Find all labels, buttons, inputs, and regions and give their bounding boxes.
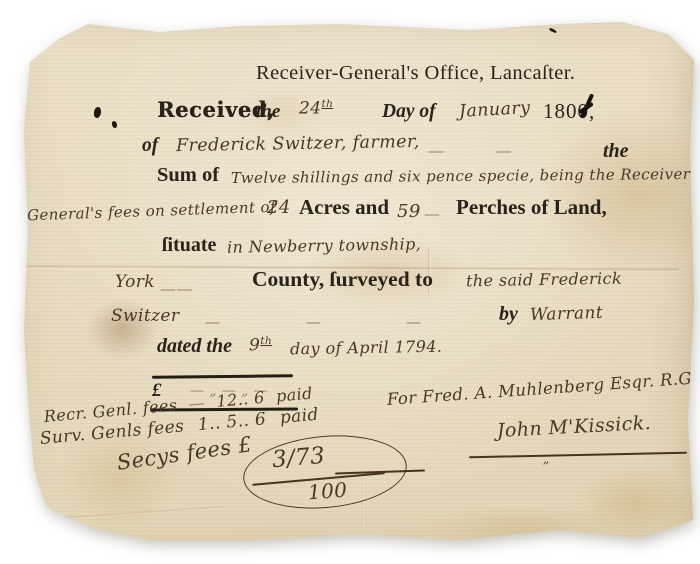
stain <box>420 505 620 550</box>
fee-paid: paid <box>275 384 313 406</box>
month-value: January <box>459 99 531 121</box>
day-of-label: Day of <box>382 102 436 122</box>
warrant-date-day: 9th <box>249 336 272 356</box>
receiver-general-name: For Fred. A. Muhlenberg Esqr. R.G. <box>386 369 697 408</box>
pen-dashes: — — — <box>205 315 422 331</box>
day-suffix: th <box>321 98 333 110</box>
sum-of-label: Sum of <box>157 165 219 187</box>
perches-label: Perches of Land, <box>456 196 607 218</box>
by-label: by <box>499 304 518 325</box>
document-scan: Receiver-General's Office, Lancaſter. Re… <box>0 0 700 564</box>
day-value: 24th <box>299 99 333 119</box>
year-prefix: 180 <box>543 99 578 123</box>
pen-dashes: — — <box>428 143 512 160</box>
the-label: the <box>256 102 280 122</box>
acres-value: 24 <box>267 199 291 218</box>
pen-tick <box>549 27 557 33</box>
signature-underline <box>469 452 687 459</box>
situate-label: ſituate <box>162 235 216 256</box>
county-value: York <box>115 274 155 292</box>
ink-blot <box>93 106 103 118</box>
township-value: in Newberry township, <box>227 236 421 256</box>
of-label: of <box>142 136 158 156</box>
date-number: 9 <box>249 336 260 356</box>
tally-rule-top <box>152 374 293 378</box>
pen-dash: — <box>424 206 440 223</box>
pen-dashes: —— <box>160 281 193 298</box>
warrant-value: Warrant <box>530 305 604 325</box>
acres-label: Acres and <box>299 196 389 218</box>
signature-name: John M'Kissick. <box>496 414 651 442</box>
fee-paid: paid <box>279 405 320 428</box>
day-number: 24 <box>299 99 321 119</box>
fee-value: 1.. 5.. 6 <box>197 409 267 435</box>
signature-flourish: „ <box>543 453 550 466</box>
date-suffix: th <box>260 335 272 347</box>
dated-label: dated the <box>157 336 232 357</box>
grantee-value: the said Frederick <box>466 271 622 291</box>
paper-sheet: Receiver-General's Office, Lancaſter. Re… <box>0 0 700 564</box>
office-title: Receiver-General's Office, Lancaſter. <box>256 63 575 85</box>
settlement-text: General's fees on settlement of <box>27 200 276 224</box>
warrant-date-rest: day of April 1794. <box>290 339 443 358</box>
county-label: County, ſurveyed to <box>252 268 433 291</box>
perches-value: 59 <box>397 203 421 222</box>
payer-name: Frederick Switzer, farmer, <box>176 133 420 156</box>
pen-dash: — <box>188 393 206 413</box>
ink-blot <box>111 121 117 129</box>
the-label: the <box>603 141 629 162</box>
grantee-surname: Switzer <box>111 308 179 326</box>
